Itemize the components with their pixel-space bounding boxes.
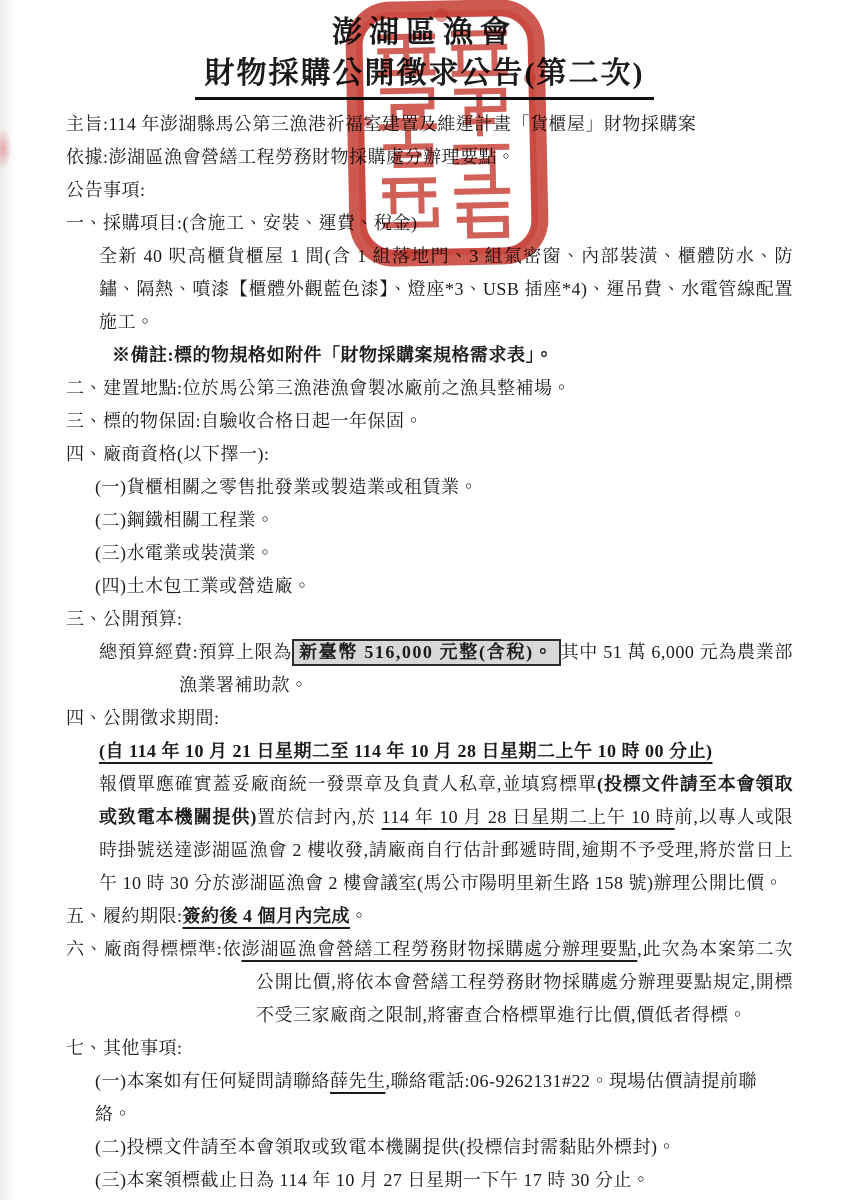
- award-rule-underline: 澎湖區漁會營繕工程勞務財物採購處分辦理要點: [241, 939, 637, 959]
- document-header: 澎湖區漁會 財物採購公開徵求公告(第二次): [0, 0, 849, 100]
- section-procurement-heading: 一、採購項目:(含施工、安裝、運費、稅金): [66, 207, 793, 240]
- section-period-heading: 四、公開徵求期間:: [66, 702, 793, 735]
- procurement-detail: 全新 40 呎高櫃貨櫃屋 1 間(含 1 組落地門、3 組氣密窗、內部裝潢、櫃體…: [66, 240, 793, 339]
- organization-title: 澎湖區漁會: [0, 14, 849, 52]
- procurement-note: ※備註:標的物規格如附件「財物採購案規格需求表」。: [66, 339, 793, 372]
- section-budget-heading: 三、公開預算:: [66, 603, 793, 636]
- other-item-1: (一)本案如有任何疑問請聯絡薛先生,聯絡電話:06-9262131#22。現場估…: [66, 1065, 793, 1131]
- contract-deadline-value: 簽約後 4 個月內完成: [183, 906, 351, 926]
- qualification-item: (三)水電業或裝潢業。: [66, 537, 793, 570]
- qualification-item: (四)土木包工業或營造廠。: [66, 570, 793, 603]
- section-award-criteria: 六、廠商得標標準:依澎湖區漁會營繕工程勞務財物採購處分辦理要點,此次為本案第二次…: [66, 933, 793, 1032]
- other-item-3: (三)本案領標截止日為 114 年 10 月 27 日星期一下午 17 時 30…: [66, 1164, 793, 1197]
- qualification-item: (一)貨櫃相關之零售批發業或製造業或租賃業。: [66, 471, 793, 504]
- document-page: 澎湖區漁會 財物採購公開徵求公告(第二次) 主旨:114 年澎湖縣馬公第三漁港祈…: [0, 0, 849, 1200]
- contract-deadline-label: 五、履約期限:: [66, 906, 183, 926]
- subject-label: 主旨:: [66, 114, 109, 134]
- section-warranty: 三、標的物保固:自驗收合格日起一年保固。: [66, 405, 793, 438]
- budget-prefix: 總預算經費:預算上限為: [99, 642, 292, 662]
- contract-deadline-period: 。: [350, 906, 369, 926]
- section-contract-deadline: 五、履約期限:簽約後 4 個月內完成。: [66, 900, 793, 933]
- period-text-2: 置於信封內,於: [257, 807, 382, 827]
- subject-line: 主旨:114 年澎湖縣馬公第三漁港祈福室建置及維運計畫「貨櫃屋」財物採購案: [66, 108, 793, 141]
- document-title-wrap: 財物採購公開徵求公告(第二次): [0, 56, 849, 100]
- section-location: 二、建置地點:位於馬公第三漁港漁會製冰廠前之漁具整補場。: [66, 372, 793, 405]
- other-item-1-pre: (一)本案如有任何疑問請聯絡: [95, 1071, 330, 1091]
- period-range-text: (自 114 年 10 月 21 日星期二至 114 年 10 月 28 日星期…: [99, 741, 713, 761]
- period-text-1: 報價單應確實蓋妥廠商統一發票章及負責人私章,並填寫標單: [99, 774, 597, 794]
- contact-name: 薛先生: [330, 1071, 386, 1091]
- document-body: 主旨:114 年澎湖縣馬公第三漁港祈福室建置及維運計畫「貨櫃屋」財物採購案 依據…: [0, 100, 849, 1197]
- subject-text: 114 年澎湖縣馬公第三漁港祈福室建置及維運計畫「貨櫃屋」財物採購案: [109, 114, 697, 134]
- section-qualification-heading: 四、廠商資格(以下擇一):: [66, 438, 793, 471]
- notice-heading: 公告事項:: [66, 174, 793, 207]
- bid-deadline-underline: 114 年 10 月 28 日星期二上午 10 時: [382, 807, 675, 827]
- budget-line: 總預算經費:預算上限為新臺幣 516,000 元整(含稅)。其中 51 萬 6,…: [66, 636, 793, 702]
- document-title: 財物採購公開徵求公告(第二次): [195, 56, 655, 100]
- budget-amount-highlight: 新臺幣 516,000 元整(含稅)。: [292, 639, 561, 666]
- award-label: 六、廠商得標標準:依: [66, 939, 241, 959]
- qualification-item: (二)鋼鐵相關工程業。: [66, 504, 793, 537]
- basis-label: 依據:: [66, 147, 109, 167]
- period-range: (自 114 年 10 月 21 日星期二至 114 年 10 月 28 日星期…: [66, 735, 793, 768]
- period-paragraph: 報價單應確實蓋妥廠商統一發票章及負責人私章,並填寫標單(投標文件請至本會領取或致…: [66, 768, 793, 900]
- basis-line: 依據:澎湖區漁會營繕工程勞務財物採購處分辦理要點。: [66, 141, 793, 174]
- basis-text: 澎湖區漁會營繕工程勞務財物採購處分辦理要點。: [109, 147, 516, 167]
- other-item-2: (二)投標文件請至本會領取或致電本機關提供(投標信封需黏貼外標封)。: [66, 1131, 793, 1164]
- section-other-heading: 七、其他事項:: [66, 1032, 793, 1065]
